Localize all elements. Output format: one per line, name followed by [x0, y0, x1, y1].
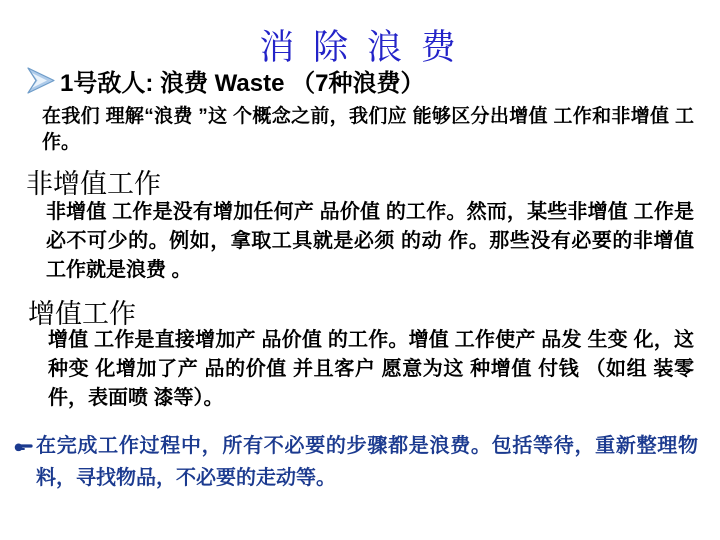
section-body-non-value-added: 非增值 工作是没有增加任何产 品价值 的工作。然而，某些非增值 工作是必不可少的… [46, 198, 694, 285]
section-body-value-added: 增值 工作是直接增加产 品价值 的工作。增值 工作使产 品发 生变 化，这 种变… [48, 326, 694, 413]
main-bullet-label: 1号敌人: 浪费 Waste （7种浪费） [60, 63, 425, 98]
arrowhead-bullet-icon [26, 67, 56, 94]
presentation-slide: 消 除 浪 费 1号敌人: 浪费 Waste （7种浪费） 在我们 理解“浪费 … [0, 0, 720, 540]
footer-note-text: 在完成工作过程中，所有不必要的步骤都是浪费。包括等待，重新整理物料，寻找物品，不… [36, 430, 698, 494]
intro-paragraph: 在我们 理解“浪费 ”这 个概念之前，我们应 能够区分出增值 工作和非增值 工作… [42, 104, 694, 156]
footer-note-row: 在完成工作过程中，所有不必要的步骤都是浪费。包括等待，重新整理物料，寻找物品，不… [14, 430, 698, 494]
pointing-hand-icon [14, 439, 34, 453]
main-bullet-row: 1号敌人: 浪费 Waste （7种浪费） [26, 63, 425, 98]
section-heading-non-value-added: 非增值工作 [26, 162, 161, 201]
